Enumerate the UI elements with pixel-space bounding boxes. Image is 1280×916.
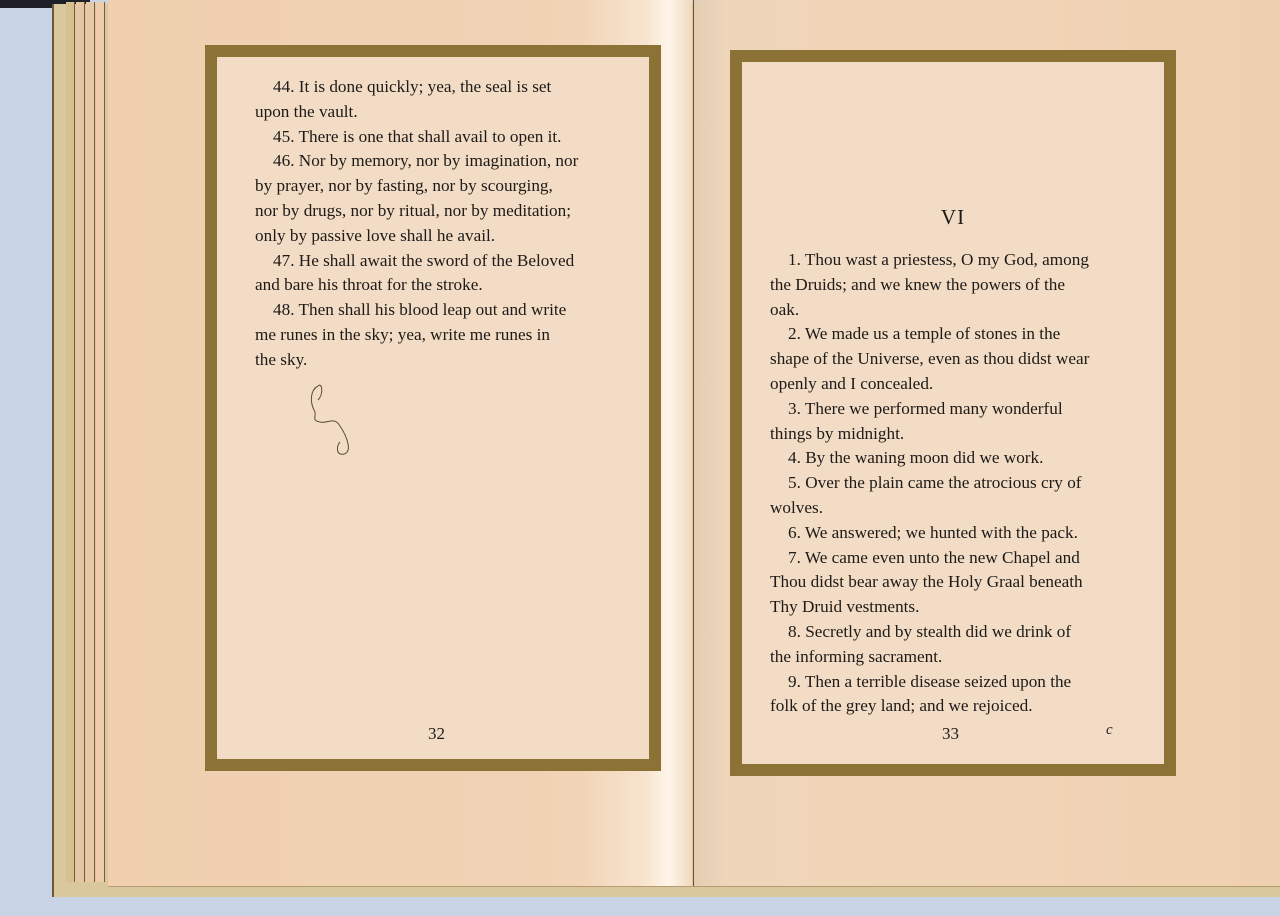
verse-line: wolves. xyxy=(770,496,1134,521)
verse-number: 6. xyxy=(788,523,801,542)
stray-hair-mark xyxy=(300,380,380,460)
verse-number: 7. xyxy=(788,548,801,567)
verse-44: 44. It is done quickly; yea, the seal is… xyxy=(255,75,617,125)
right-page-text: 1. Thou wast a priestess, O my God, amon… xyxy=(770,248,1134,719)
verse-line: Nor by memory, nor by imagination, nor xyxy=(299,151,579,170)
page-stack-edge xyxy=(76,2,85,882)
verse-2: 2. We made us a temple of stones in the … xyxy=(770,322,1134,396)
verse-line: the Druids; and we knew the powers of th… xyxy=(770,273,1134,298)
page-stack-edge xyxy=(66,2,75,882)
verse-line: There is one that shall avail to open it… xyxy=(298,127,561,146)
verse-line: and bare his throat for the stroke. xyxy=(255,273,617,298)
verse-line: It is done quickly; yea, the seal is set xyxy=(299,77,552,96)
verse-line: Thou wast a priestess, O my God, among xyxy=(805,250,1089,269)
verse-number: 48. xyxy=(273,300,294,319)
verse-line: Secretly and by stealth did we drink of xyxy=(805,622,1071,641)
page-number-left: 32 xyxy=(428,724,445,744)
verse-8: 8. Secretly and by stealth did we drink … xyxy=(770,620,1134,670)
verse-line: Then shall his blood leap out and write xyxy=(298,300,566,319)
verse-line: Over the plain came the atrocious cry of xyxy=(805,473,1081,492)
verse-line: by prayer, nor by fasting, nor by scourg… xyxy=(255,174,617,199)
verse-line: nor by drugs, nor by ritual, nor by medi… xyxy=(255,199,617,224)
verse-line: By the waning moon did we work. xyxy=(805,448,1043,467)
chapter-heading: VI xyxy=(730,205,1176,230)
verse-3: 3. There we performed many wonderful thi… xyxy=(770,397,1134,447)
verse-5: 5. Over the plain came the atrocious cry… xyxy=(770,471,1134,521)
verse-line: He shall await the sword of the Beloved xyxy=(299,251,574,270)
verse-line: oak. xyxy=(770,298,1134,323)
verse-line: Then a terrible disease seized upon the xyxy=(805,672,1071,691)
verse-number: 44. xyxy=(273,77,294,96)
verse-4: 4. By the waning moon did we work. xyxy=(770,446,1134,471)
verse-line: Thou didst bear away the Holy Graal bene… xyxy=(770,570,1134,595)
verse-48: 48. Then shall his blood leap out and wr… xyxy=(255,298,617,372)
verse-line: folk of the grey land; and we rejoiced. xyxy=(770,694,1134,719)
verse-number: 45. xyxy=(273,127,294,146)
verse-number: 3. xyxy=(788,399,801,418)
verse-line: Thy Druid vestments. xyxy=(770,595,1134,620)
verse-number: 5. xyxy=(788,473,801,492)
left-page-text: 44. It is done quickly; yea, the seal is… xyxy=(255,75,617,373)
verse-1: 1. Thou wast a priestess, O my God, amon… xyxy=(770,248,1134,322)
verse-line: We answered; we hunted with the pack. xyxy=(805,523,1078,542)
verse-line: the informing sacrament. xyxy=(770,645,1134,670)
signature-mark: c xyxy=(1106,722,1113,739)
verse-line: upon the vault. xyxy=(255,100,617,125)
page-stack-edge xyxy=(96,2,105,882)
verse-number: 1. xyxy=(788,250,801,269)
verse-line: the sky. xyxy=(255,348,617,373)
verse-47: 47. He shall await the sword of the Belo… xyxy=(255,249,617,299)
verse-number: 46. xyxy=(273,151,294,170)
verse-46: 46. Nor by memory, nor by imagination, n… xyxy=(255,149,617,248)
verse-line: There we performed many wonderful xyxy=(805,399,1063,418)
verse-6: 6. We answered; we hunted with the pack. xyxy=(770,521,1134,546)
verse-line: only by passive love shall he avail. xyxy=(255,224,617,249)
page-number-right: 33 xyxy=(942,724,959,744)
verse-number: 4. xyxy=(788,448,801,467)
verse-number: 2. xyxy=(788,324,801,343)
verse-line: shape of the Universe, even as thou dids… xyxy=(770,347,1134,372)
verse-9: 9. Then a terrible disease seized upon t… xyxy=(770,670,1134,720)
verse-45: 45. There is one that shall avail to ope… xyxy=(255,125,617,150)
verse-line: openly and I concealed. xyxy=(770,372,1134,397)
verse-line: things by midnight. xyxy=(770,422,1134,447)
verse-line: We came even unto the new Chapel and xyxy=(805,548,1080,567)
verse-number: 8. xyxy=(788,622,801,641)
verse-line: We made us a temple of stones in the xyxy=(805,324,1060,343)
verse-number: 9. xyxy=(788,672,801,691)
page-stack-edge xyxy=(86,2,95,882)
verse-number: 47. xyxy=(273,251,294,270)
verse-line: me runes in the sky; yea, write me runes… xyxy=(255,323,617,348)
verse-7: 7. We came even unto the new Chapel and … xyxy=(770,546,1134,620)
